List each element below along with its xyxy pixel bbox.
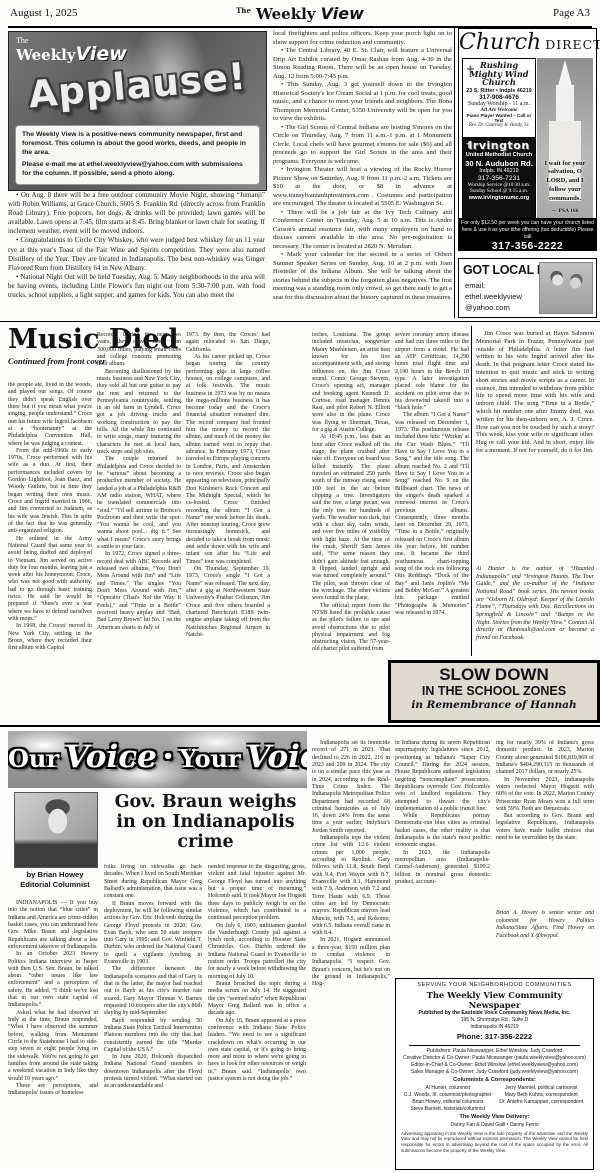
- church-name-line: Church: [463, 78, 535, 87]
- article-headline: Gov. Braun weighs in on Indianapolis cri…: [104, 792, 307, 852]
- music-died-column-6: Jim Croce was buried at Haym Salomon Mem…: [476, 330, 594, 562]
- got-news-email: email: ethel.weeklyview @yahoo.com: [465, 280, 522, 313]
- community-news-left-column: • On Aug. 8 there will be a free outdoor…: [8, 191, 265, 318]
- church-address: 30 N. Audubon Rd.: [463, 159, 535, 168]
- newspaper-masthead: The Weekly View: [0, 4, 600, 23]
- byline-role: Editorial Columnist: [8, 880, 102, 890]
- church-pastor: Rev. Dr. Courtney K. Hardy, Sr.: [463, 123, 535, 128]
- masthead-phone: Phone: 317-356-2222: [401, 1032, 588, 1043]
- banner-word: Voice: [246, 739, 307, 775]
- music-died-column-5: severe coronary artery disease and had r…: [395, 332, 469, 658]
- correspondents-heading: Columnists & Correspondents:: [401, 1077, 588, 1085]
- braun-column-5: in Indiana during its seven Republican s…: [395, 740, 490, 972]
- church-phone: 317-908-4676: [463, 94, 535, 101]
- masthead-the: The: [236, 6, 251, 15]
- our-voice-your-voice-banner: Our Voice • Your Voice: [8, 731, 307, 788]
- church-address: 23 S. Ritter • Indpls 46219: [463, 88, 535, 94]
- slow-down-line1: SLOW DOWN: [391, 666, 597, 685]
- braun-column-2: folks living on sidewalks go back decade…: [104, 864, 202, 1170]
- weekly-view-logo: TheWeeklyView: [16, 37, 127, 64]
- column-rule-vertical: [454, 28, 455, 318]
- masthead-kicker: SERVING YOUR NEIGHBORHOOD COMMUNITIES: [401, 982, 588, 990]
- publication-masthead-box: SERVING YOUR NEIGHBORHOOD COMMUNITIES Th…: [395, 978, 594, 1170]
- braun-column-1: INDIANAPOLIS — If you buy into the notio…: [8, 900, 98, 1170]
- applause-body-1: The Weekly View is a positive-news commu…: [22, 130, 253, 158]
- byline-block: by Brian Howey Editorial Columnist: [8, 870, 102, 890]
- banner-word: Voice: [65, 739, 157, 775]
- banner-word: Your: [180, 744, 241, 773]
- page-number: Page A3: [553, 7, 590, 19]
- church-worship-time: Sunday Worship - 11 a.m.: [463, 101, 535, 107]
- got-news-email-label: email:: [465, 280, 522, 291]
- delivery-heading: The Weekly View Delivery:: [401, 1114, 588, 1122]
- cross-icon: ✝: [465, 63, 476, 79]
- applause-ad: TheWeeklyView Applause! The Weekly View …: [8, 31, 267, 191]
- slow-down-line2: IN THE SCHOOL ZONES: [391, 685, 597, 699]
- masthead-publisher: Published by the Eastside Voice Communit…: [401, 1010, 588, 1017]
- church-directory-footer: For only $12.50 per week you can have yo…: [459, 218, 596, 250]
- cross-icon: ✝: [465, 140, 473, 151]
- brian-howey-photo: [14, 792, 98, 868]
- church-directory-ad: Church DIRECTORY ✝ Rushing Mighty Wind C…: [458, 28, 597, 251]
- logo-view: View: [76, 43, 127, 65]
- section-rule: [0, 321, 600, 322]
- page-header: August 1, 2025 The Weekly View Page A3: [0, 0, 600, 26]
- masthead-view: View: [321, 4, 364, 23]
- music-died-column-3: 1973. By then, the Croces' had again rel…: [186, 332, 270, 714]
- braun-column-3: needed response to the disgusting, gross…: [208, 864, 306, 1170]
- masthead-weekly: Weekly: [256, 5, 316, 23]
- whispering-kids-photo: [539, 262, 593, 314]
- slow-down-notice: SLOW DOWN IN THE SCHOOL ZONES in Remembr…: [388, 660, 600, 723]
- correspondents-right: Jerry Manniel, political cartoonistMary …: [495, 1085, 589, 1113]
- masthead-staff-list: Publishers: Paula Nicewanger, Ethel Wins…: [401, 1048, 588, 1076]
- newspaper-page: August 1, 2025 The Weekly View Page A3 T…: [0, 0, 600, 1172]
- correspondents-columns: Al Hunter, columnistC.J. Woods, III, col…: [401, 1085, 588, 1113]
- masthead-disclaimer: Advertising appearing in the Weekly View…: [401, 1131, 588, 1155]
- scripture-reference: — PSA 166: [537, 208, 593, 214]
- slow-down-line3: in Remembrance of Hannah: [391, 699, 597, 711]
- church-website: www.irvingtonumc.org: [463, 195, 535, 201]
- community-news-middle-column: local firefighters and police officers. …: [273, 30, 452, 319]
- masthead-title: The Weekly View Community Newspaper: [401, 990, 588, 1010]
- braun-column-6: ing for nearly 39% of Indiana's gross do…: [496, 740, 594, 908]
- church-footer-text: For only $12.50 per week you can have yo…: [461, 220, 594, 240]
- banner-text: Our Voice • Your Voice: [8, 739, 307, 775]
- church-footer-phone: 317-356-2222: [459, 240, 596, 254]
- church-phone: 317-356-7231: [463, 175, 535, 182]
- got-local-news-ad: GOT LOCAL NEWS? email: ethel.weeklyview …: [458, 258, 597, 318]
- steeple-spire: [558, 60, 572, 86]
- got-news-email-user: ethel.weeklyview: [465, 291, 522, 302]
- church-school-time: Sunday School @ 9:15 a.m.: [463, 188, 535, 194]
- brian-howey-author-bio: Brian A. Howey is senior writer and colu…: [496, 910, 594, 972]
- masthead-address: 195 N. Shortridge Rd., Suite D: [401, 1017, 588, 1024]
- irvington-umc-ad: ✝ Irvington United Methodist Church 30 N…: [462, 137, 536, 221]
- church-city: Indpls. IN 46219: [463, 168, 535, 174]
- church-directory-title: Church DIRECTORY: [459, 30, 596, 55]
- braun-column-4: Indianapolis set its homicide record of …: [312, 740, 390, 1170]
- music-died-column-2: Records. During the next two years, they…: [97, 332, 181, 714]
- banner-word: Our: [8, 744, 59, 773]
- applause-body-2: Please e-mail me at ethel.weeklyview@yah…: [22, 160, 253, 178]
- masthead-divider: [409, 1045, 580, 1046]
- church-title-caps: DIRECTORY: [545, 37, 600, 52]
- masthead-city: Indianapolis IN 46219: [401, 1024, 588, 1031]
- music-died-column-1: the people ate, lived in the woods, and …: [8, 382, 92, 714]
- church-denomination: United Methodist Church: [463, 152, 535, 158]
- church-piano-wanted: Piano Player Wanted – Call or Text: [463, 113, 535, 123]
- rushing-mighty-wind-church-ad: ✝ Rushing Mighty Wind Church 23 S. Ritte…: [462, 58, 536, 138]
- section-rule: [0, 725, 600, 727]
- church-steeple-photo: I wait for your salvation, O LORD, and I…: [537, 58, 593, 218]
- got-news-email-domain: @yahoo.com: [465, 302, 522, 313]
- banner-separator: •: [162, 746, 174, 767]
- delivery-names: Danny Fan & David Gaill • Danny Ferris: [401, 1122, 588, 1129]
- church-title-script: Church: [459, 30, 541, 55]
- column-rule-vertical: [471, 326, 472, 656]
- applause-text-box: The Weekly View is a positive-news commu…: [15, 125, 260, 185]
- al-hunter-author-bio: Al Hunter is the author of “Haunted Indi…: [476, 566, 594, 658]
- logo-weekly: Weekly: [16, 46, 76, 64]
- music-died-column-4: toches, Louisiana. The group included mu…: [312, 332, 390, 720]
- steeple-tower: [556, 85, 574, 123]
- scripture-quote: I wait for your salvation, O LORD, and I…: [538, 160, 592, 204]
- correspondents-left: Al Hunter, columnistC.J. Woods, III, col…: [401, 1085, 495, 1113]
- byline-name: by Brian Howey: [8, 870, 102, 880]
- church-name: Irvington: [463, 139, 535, 152]
